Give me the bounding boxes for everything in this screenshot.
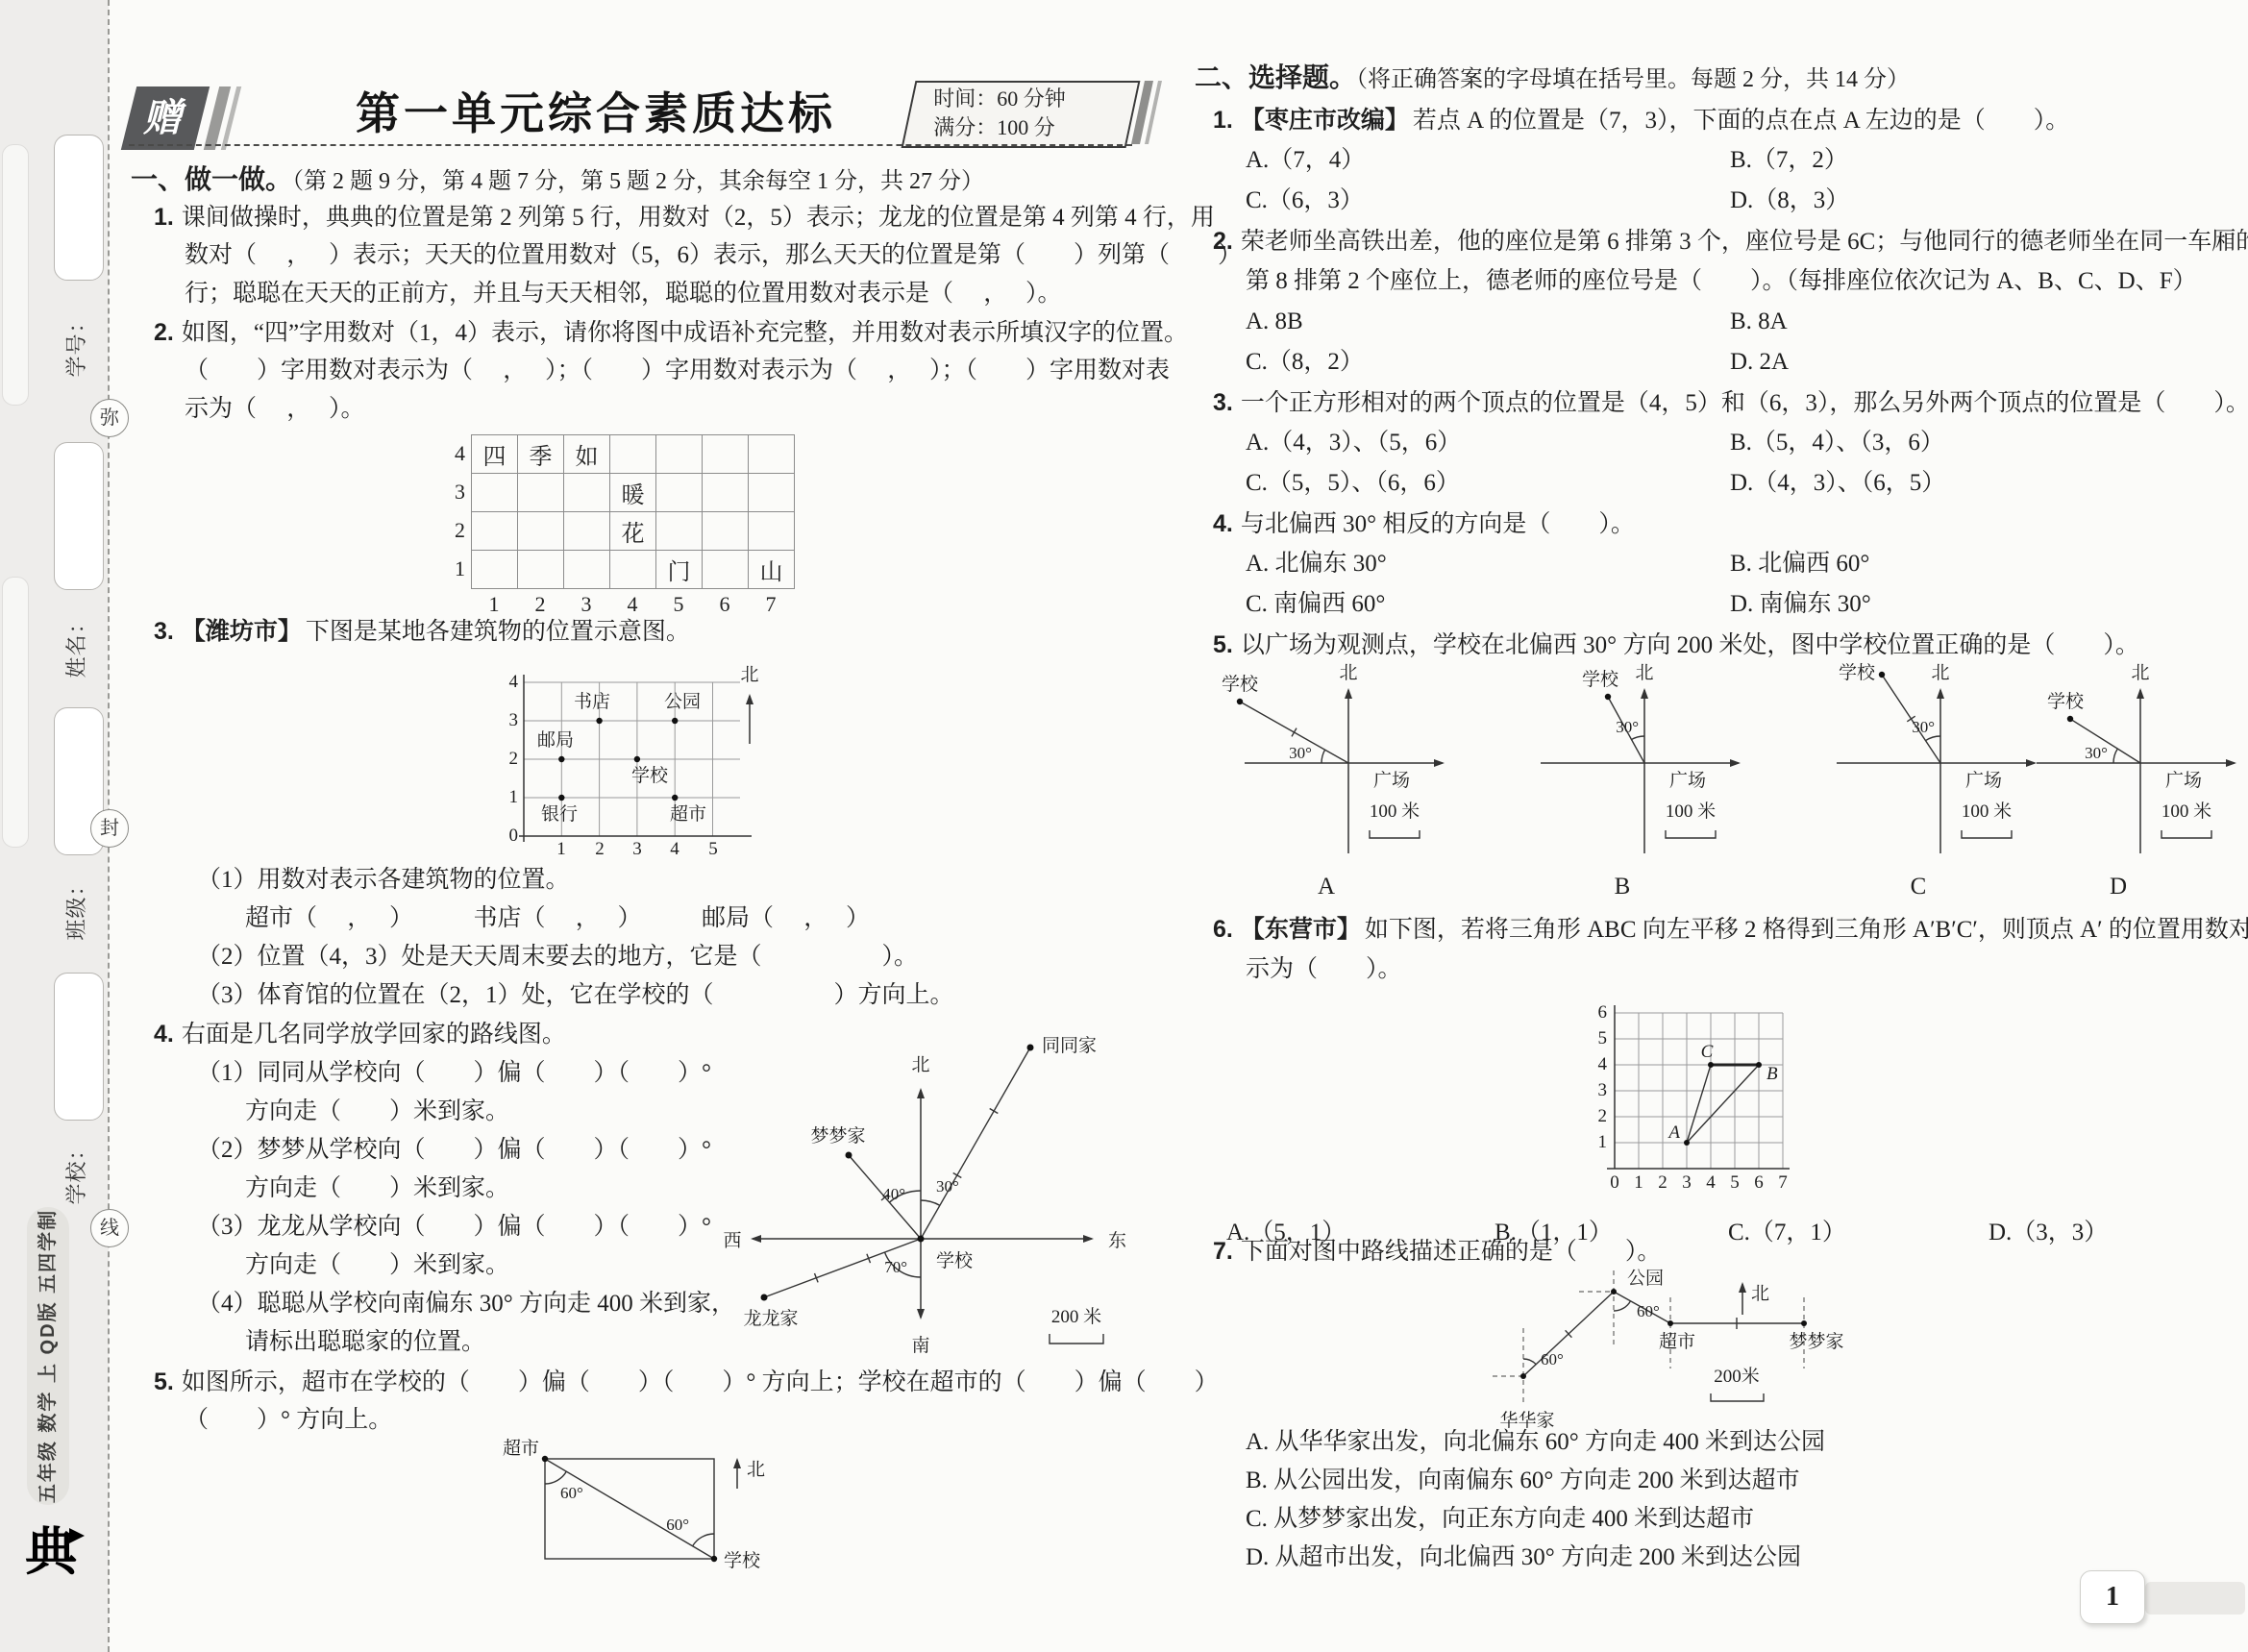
s2-q4-option-b: B. 北偏西 60° (1730, 548, 1869, 580)
full-score: 满分：100 分 (933, 113, 1066, 142)
market-school-diagram: 超市 学校 60° 60° 北 (485, 1435, 803, 1581)
angle-label: 30° (1616, 718, 1639, 736)
grid-cell (749, 435, 795, 474)
s2-q1-option-a: A.（7，4） (1246, 144, 1365, 177)
svg-text:邮局: 邮局 (537, 729, 574, 751)
student-number-label-text: 学号： (55, 286, 99, 402)
school-label: 学校 (2047, 691, 2085, 712)
school-label: 学校 (724, 1550, 761, 1571)
grid-cell: 四 (472, 435, 518, 474)
svg-text:超市: 超市 (670, 803, 706, 825)
svg-text:5: 5 (1598, 1028, 1608, 1048)
school-box (54, 973, 104, 1121)
grid-col-label: 4 (609, 592, 655, 617)
angle-label: 30° (2085, 744, 2108, 762)
student-number-label: 学号： (55, 286, 99, 402)
student-number-box (54, 135, 104, 281)
s1-q4-sub1a: （1）同同从学校向（ ）偏（ ）（ ）° (197, 1057, 711, 1090)
svg-text:3: 3 (1598, 1080, 1608, 1100)
s2-q7-option-b: B. 从公园出发，向南偏东 60° 方向走 200 米到达超市 (1246, 1465, 1800, 1497)
s1-q4-sub4b: 请标出聪聪家的位置。 (245, 1326, 485, 1359)
s2-q3-option-b: B.（5，4）、（3，6） (1730, 427, 1944, 459)
triangle-grid: 6 5 4 3 2 1 0 1 2 3 4 5 6 7 A B C (1588, 986, 1814, 1217)
market-label: 超市 (1659, 1331, 1695, 1352)
grid-col-label: 5 (655, 592, 702, 617)
grid-cell (472, 551, 518, 589)
s1-q4-sub3a: （3）龙龙从学校向（ ）偏（ ）（ ）° (197, 1211, 711, 1244)
svg-text:1: 1 (1598, 1132, 1608, 1152)
s2-q1-line: 1.【枣庄市改编】若点 A 的位置是（7，3），下面的点在点 A 左边的是（ ）… (1213, 104, 2069, 137)
market-label: 超市 (503, 1438, 539, 1459)
svg-text:2: 2 (1598, 1106, 1608, 1126)
s1-q3-sub1: （1）用数对表示各建筑物的位置。 (197, 864, 570, 897)
svg-text:公园: 公园 (664, 691, 701, 712)
svg-text:4: 4 (1598, 1054, 1608, 1074)
page-number: 1 (2080, 1570, 2145, 1624)
s1-q4-sub3b: 方向走（ ）米到家。 (245, 1249, 509, 1282)
grid-cell: 花 (610, 512, 656, 551)
seal-char-feng: 封 (90, 809, 129, 848)
edition-bar: 五年级 数学 上 QD版 五四学制 (27, 1207, 69, 1505)
s2-q3-option-c: C.（5，5）、（6，6） (1246, 467, 1460, 500)
s2-q6-line1: 6.【东营市】如下图，若将三角形 ABC 向左平移 2 格得到三角形 A′B′C… (1213, 913, 2248, 947)
svg-text:6: 6 (1598, 1002, 1608, 1023)
s1-q4-sub4a: （4）聪聪从学校向南偏东 30° 方向走 400 米到家， (197, 1288, 735, 1320)
grid-cell (749, 512, 795, 551)
q5-option-diagram-a: 北 广场 学校 30° 100 米 (1197, 663, 1456, 867)
diagram-letter-d: D (1989, 871, 2248, 903)
diagram-letter-b: B (1493, 871, 1752, 903)
s1-q4-sub1b: 方向走（ ）米到家。 (245, 1096, 509, 1128)
tongtong-home-label: 同同家 (1042, 1035, 1097, 1056)
section1-title: 一、做一做。 (131, 164, 292, 194)
mengmeng-home-label: 梦梦家 (810, 1125, 865, 1147)
grid-cell: 山 (749, 551, 795, 589)
svg-text:4: 4 (670, 839, 679, 859)
s2-q4-line: 4.与北偏西 30° 相反的方向是（ ）。 (1213, 507, 1635, 541)
s1-q1-line1: 1.课间做操时，典典的位置是第 2 列第 5 行，用数对（2，5）表示；龙龙的位… (154, 201, 1215, 234)
s2-q6-option-d: D.（3，3） (1989, 1217, 2108, 1249)
grid-cell (703, 435, 749, 474)
scale-label: 100 米 (2162, 801, 2211, 822)
q5-option-diagram-d: 北 广场 学校 30° 100 米 (1989, 663, 2248, 867)
s2-q2-line1: 2.荣老师坐高铁出差，他的座位是第 6 排第 3 个，座位号是 6C；与他同行的… (1213, 225, 2248, 259)
s1-q3-line: 3.【潍坊市】下图是某地各建筑物的位置示意图。 (154, 615, 690, 649)
vertex-c-label: C (1701, 1042, 1714, 1062)
s1-q2-line1: 2.如图，“四”字用数对（1，4）表示，请你将图中成语补充完整，并用数对表示所填… (154, 316, 1188, 350)
svg-text:1: 1 (556, 839, 566, 859)
s2-q2-option-a: A. 8B (1246, 306, 1303, 338)
s1-q5-line1: 5.如图所示，超市在学校的（ ）偏（ ）（ ）° 方向上；学校在超市的（ ）偏（… (154, 1366, 1219, 1399)
s2-q6-option-c: C.（7，1） (1728, 1217, 1846, 1249)
s1-q4-sub2a: （2）梦梦从学校向（ ）偏（ ）（ ）° (197, 1134, 711, 1167)
pen-nib-icon (69, 1528, 85, 1543)
svg-text:0: 0 (509, 826, 519, 846)
grid-cell (610, 551, 656, 589)
park-label: 公园 (1627, 1268, 1664, 1289)
s2-q7-option-d: D. 从超市出发，向北偏西 30° 方向走 200 米到达公园 (1246, 1541, 1801, 1574)
grid-col-label: 1 (471, 592, 517, 617)
time-limit: 时间：60 分钟 (933, 85, 1066, 113)
angle-40: 40° (882, 1185, 905, 1203)
svg-text:3: 3 (1682, 1172, 1692, 1193)
angle-70: 70° (884, 1258, 907, 1276)
longlong-home-label: 龙龙家 (743, 1308, 798, 1329)
grid-cell (703, 551, 749, 589)
paper-edge-tab (2, 577, 29, 848)
svg-text:北: 北 (740, 664, 758, 685)
s2-q1-option-c: C.（6，3） (1246, 185, 1364, 217)
grid-col-label: 3 (563, 592, 609, 617)
section2-title: 二、选择题。 (1195, 62, 1356, 92)
svg-text:0: 0 (1610, 1172, 1619, 1193)
school-label: 学校 (1582, 669, 1619, 690)
s2-q4-option-c: C. 南偏西 60° (1246, 588, 1385, 621)
angle-label: 30° (1289, 744, 1312, 762)
buildings-map: 4 3 2 1 0 1 2 3 4 5 书店 公园 邮局 学校 银行 超市 北 (509, 659, 807, 882)
svg-text:1: 1 (509, 787, 519, 807)
header-divider (129, 144, 1132, 146)
scale-label: 100 米 (1666, 801, 1716, 822)
grid-cell (610, 435, 656, 474)
square-label: 广场 (2165, 770, 2202, 791)
s1-q5-line2: （ ）° 方向上。 (185, 1404, 392, 1437)
school-label: 学校 (1839, 662, 1876, 683)
grid-cell: 门 (656, 551, 703, 589)
diagram-letter-a: A (1197, 871, 1456, 903)
grid-cell (518, 474, 564, 512)
scale-bar: 200米 (1711, 1366, 1764, 1401)
svg-text:3: 3 (509, 710, 519, 730)
svg-text:4: 4 (1706, 1172, 1716, 1193)
svg-text:书店: 书店 (574, 691, 610, 712)
grid-cell: 如 (564, 435, 610, 474)
class-label: 班级： (55, 850, 99, 965)
diagonal-line (545, 1459, 714, 1559)
s1-q4-sub2b: 方向走（ ）米到家。 (245, 1172, 509, 1205)
s2-q2-option-b: B. 8A (1730, 306, 1788, 338)
east-label: 东 (1108, 1230, 1126, 1251)
grid-cell (656, 512, 703, 551)
vertex-a-label: A (1667, 1122, 1680, 1143)
brand-logo: 典 (25, 1511, 92, 1603)
section1-note: （第 2 题 9 分，第 4 题 7 分，第 5 题 2 分，其余每空 1 分，… (292, 169, 984, 194)
grid-cell (472, 474, 518, 512)
grid-cell (564, 474, 610, 512)
grid-row-label: 3 (440, 473, 465, 511)
grid-cell: 暖 (610, 474, 656, 512)
section2-note: （将正确答案的字母填在括号里。每题 2 分，共 14 分） (1356, 67, 1910, 92)
svg-text:4: 4 (509, 672, 519, 692)
svg-text:7: 7 (1778, 1172, 1788, 1193)
svg-text:6: 6 (1754, 1172, 1764, 1193)
page-watermark (2145, 1582, 2245, 1615)
square-label: 广场 (1373, 770, 1410, 791)
svg-text:200米: 200米 (1714, 1366, 1760, 1387)
west-label: 西 (723, 1230, 741, 1251)
svg-text:北: 北 (747, 1459, 765, 1480)
paper-edge-tab (2, 144, 29, 406)
q7-route-diagram: 公园 超市 梦梦家 华华家 60° 60° 北 200米 (1485, 1270, 1927, 1436)
map-points: 书店 公园 邮局 学校 银行 超市 (537, 691, 706, 825)
s2-q2-option-d: D. 2A (1730, 346, 1789, 379)
school-label: 学校 (1222, 674, 1259, 695)
name-label: 姓名： (55, 587, 99, 703)
angle-60-park: 60° (1637, 1302, 1660, 1320)
edition-bar-text: 五年级 数学 上 QD版 五四学制 (27, 1207, 69, 1505)
grid-cell (564, 551, 610, 589)
exam-title: 第一单元综合素质达标 (298, 79, 894, 142)
grid-row-label: 4 (440, 434, 465, 473)
grid-cell (703, 474, 749, 512)
svg-text:200 米: 200 米 (1051, 1306, 1101, 1327)
grid-cell: 季 (518, 435, 564, 474)
name-box (54, 442, 104, 590)
grid-col-label: 7 (748, 592, 794, 617)
svg-text:2: 2 (1658, 1172, 1667, 1193)
square-label: 广场 (1669, 770, 1706, 791)
s2-q5-line: 5.以广场为观测点，学校在北偏西 30° 方向 200 米处，图中学校位置正确的… (1213, 629, 2139, 662)
svg-text:1: 1 (1634, 1172, 1643, 1193)
grid-col-label: 2 (517, 592, 563, 617)
mengmeng-home-label: 梦梦家 (1789, 1331, 1843, 1352)
grid-cell (656, 435, 703, 474)
angle-label: 30° (1912, 718, 1935, 736)
idiom-grid: 四 季 如 暖 花 门 山 (471, 434, 795, 589)
gift-badge: 赠 (121, 86, 210, 150)
north-arrow-icon: 北 (740, 664, 758, 744)
north-arrow-icon: 北 (1742, 1283, 1769, 1315)
vertex-b-label: B (1766, 1064, 1778, 1084)
name-label-text: 姓名： (55, 587, 99, 703)
s2-q3-line: 3.一个正方形相对的两个顶点的位置是（4，5）和（6，3），那么另外两个顶点的位… (1213, 386, 2248, 420)
north-label: 北 (911, 1054, 929, 1075)
s2-q2-line2: 第 8 排第 2 个座位上，德老师的座位号是（ ）。（每排座位依次记为 A、B、… (1246, 265, 2197, 298)
north-arrow-icon: 北 (737, 1459, 765, 1489)
s1-q1-line2: 数对（ ， ）表示；天天的位置用数对（5，6）表示，那么天天的位置是第（ ）列第… (185, 239, 1242, 272)
route-angles: 60° 60° (1523, 1301, 1660, 1368)
angle-30: 30° (936, 1177, 959, 1196)
s2-q7-option-c: C. 从梦梦家出发，向正东方向走 400 米到达超市 (1246, 1503, 1754, 1536)
class-label-text: 班级： (55, 850, 99, 965)
seal-char-mi: 弥 (90, 399, 129, 437)
north-label: 北 (1931, 662, 1949, 683)
svg-text:银行: 银行 (541, 803, 578, 825)
s2-q1-option-b: B.（7，2） (1730, 144, 1848, 177)
s2-q3-option-d: D.（4，3）、（6，5） (1730, 467, 1945, 500)
s2-q4-option-d: D. 南偏东 30° (1730, 588, 1871, 621)
grid-cell (518, 512, 564, 551)
angle-60-school: 60° (666, 1516, 689, 1534)
svg-text:5: 5 (1730, 1172, 1740, 1193)
triangle-abc: A B C (1667, 1042, 1778, 1146)
s1-q2-line2: （ ）字用数对表示为（ ， ）；（ ）字用数对表示为（ ， ）；（ ）字用数对表 (185, 355, 1170, 387)
grid-cell (656, 474, 703, 512)
svg-text:5: 5 (708, 839, 718, 859)
s2-q7-option-a: A. 从华华家出发，向北偏东 60° 方向走 400 米到达公园 (1246, 1426, 1825, 1459)
s2-q3-option-a: A.（4，3）、（5，6） (1246, 427, 1461, 459)
south-label: 南 (911, 1335, 929, 1356)
s2-q1-option-d: D.（8，3） (1730, 185, 1849, 217)
s2-q2-option-c: C.（8，2） (1246, 346, 1364, 379)
section2-heading: 二、选择题。（将正确答案的字母填在括号里。每题 2 分，共 14 分） (1195, 62, 1910, 96)
q5-option-diagram-b: 北 广场 学校 30° 100 米 (1493, 663, 1752, 867)
svg-text:3: 3 (632, 839, 642, 859)
s1-q2-line3: 示为（ ， ）。 (185, 393, 365, 426)
s1-q3-sub1b: 超市（ ， ） 书店（ ， ） 邮局（ ， ） (245, 902, 870, 935)
grid-cell (472, 512, 518, 551)
section1-heading: 一、做一做。（第 2 题 9 分，第 4 题 7 分，第 5 题 2 分，其余每… (131, 163, 984, 198)
s1-q1-line3: 行；聪聪在天天的正前方，并且与天天相邻，聪聪的位置用数对表示是（ ， ）。 (185, 278, 1062, 310)
grid-lines (1607, 1005, 1790, 1169)
svg-text:北: 北 (1751, 1283, 1769, 1304)
north-label: 北 (1635, 662, 1653, 683)
scale-label: 100 米 (1370, 801, 1420, 822)
grid-row-label: 2 (440, 511, 465, 550)
angle-60-market: 60° (560, 1484, 583, 1502)
north-label: 北 (2131, 662, 2149, 683)
grid-col-label: 6 (702, 592, 748, 617)
svg-text:2: 2 (509, 749, 519, 769)
s2-q6-line2: 示为（ ）。 (1246, 953, 1402, 986)
angle-60-hua: 60° (1541, 1350, 1564, 1368)
svg-text:2: 2 (595, 839, 605, 859)
time-score-box: 时间：60 分钟 满分：100 分 (902, 81, 1141, 148)
homes-route-map: 北 南 西 东 30° 40° 70° 学校 同同家 梦梦家 龙龙家 200 米 (711, 1007, 1173, 1361)
s2-q4-option-a: A. 北偏东 30° (1246, 548, 1387, 580)
scale-bar: 200 米 (1050, 1306, 1103, 1344)
s2-q7-line: 7.下面对图中路线描述正确的是（ ）。 (1213, 1235, 1661, 1269)
svg-text:学校: 学校 (631, 765, 669, 786)
s1-q3-sub2: （2）位置（4，3）处是天天周末要去的地方，它是（ ）。 (197, 941, 918, 974)
north-label: 北 (1339, 662, 1357, 683)
grid-cell (564, 512, 610, 551)
school-label: 学校 (936, 1250, 974, 1271)
grid-row-label: 1 (440, 550, 465, 588)
grid-cell (703, 512, 749, 551)
s1-q4-line: 4.右面是几名同学放学回家的路线图。 (154, 1018, 566, 1051)
grid-cell (749, 474, 795, 512)
seal-char-xian: 线 (90, 1209, 129, 1247)
grid-cell (518, 551, 564, 589)
